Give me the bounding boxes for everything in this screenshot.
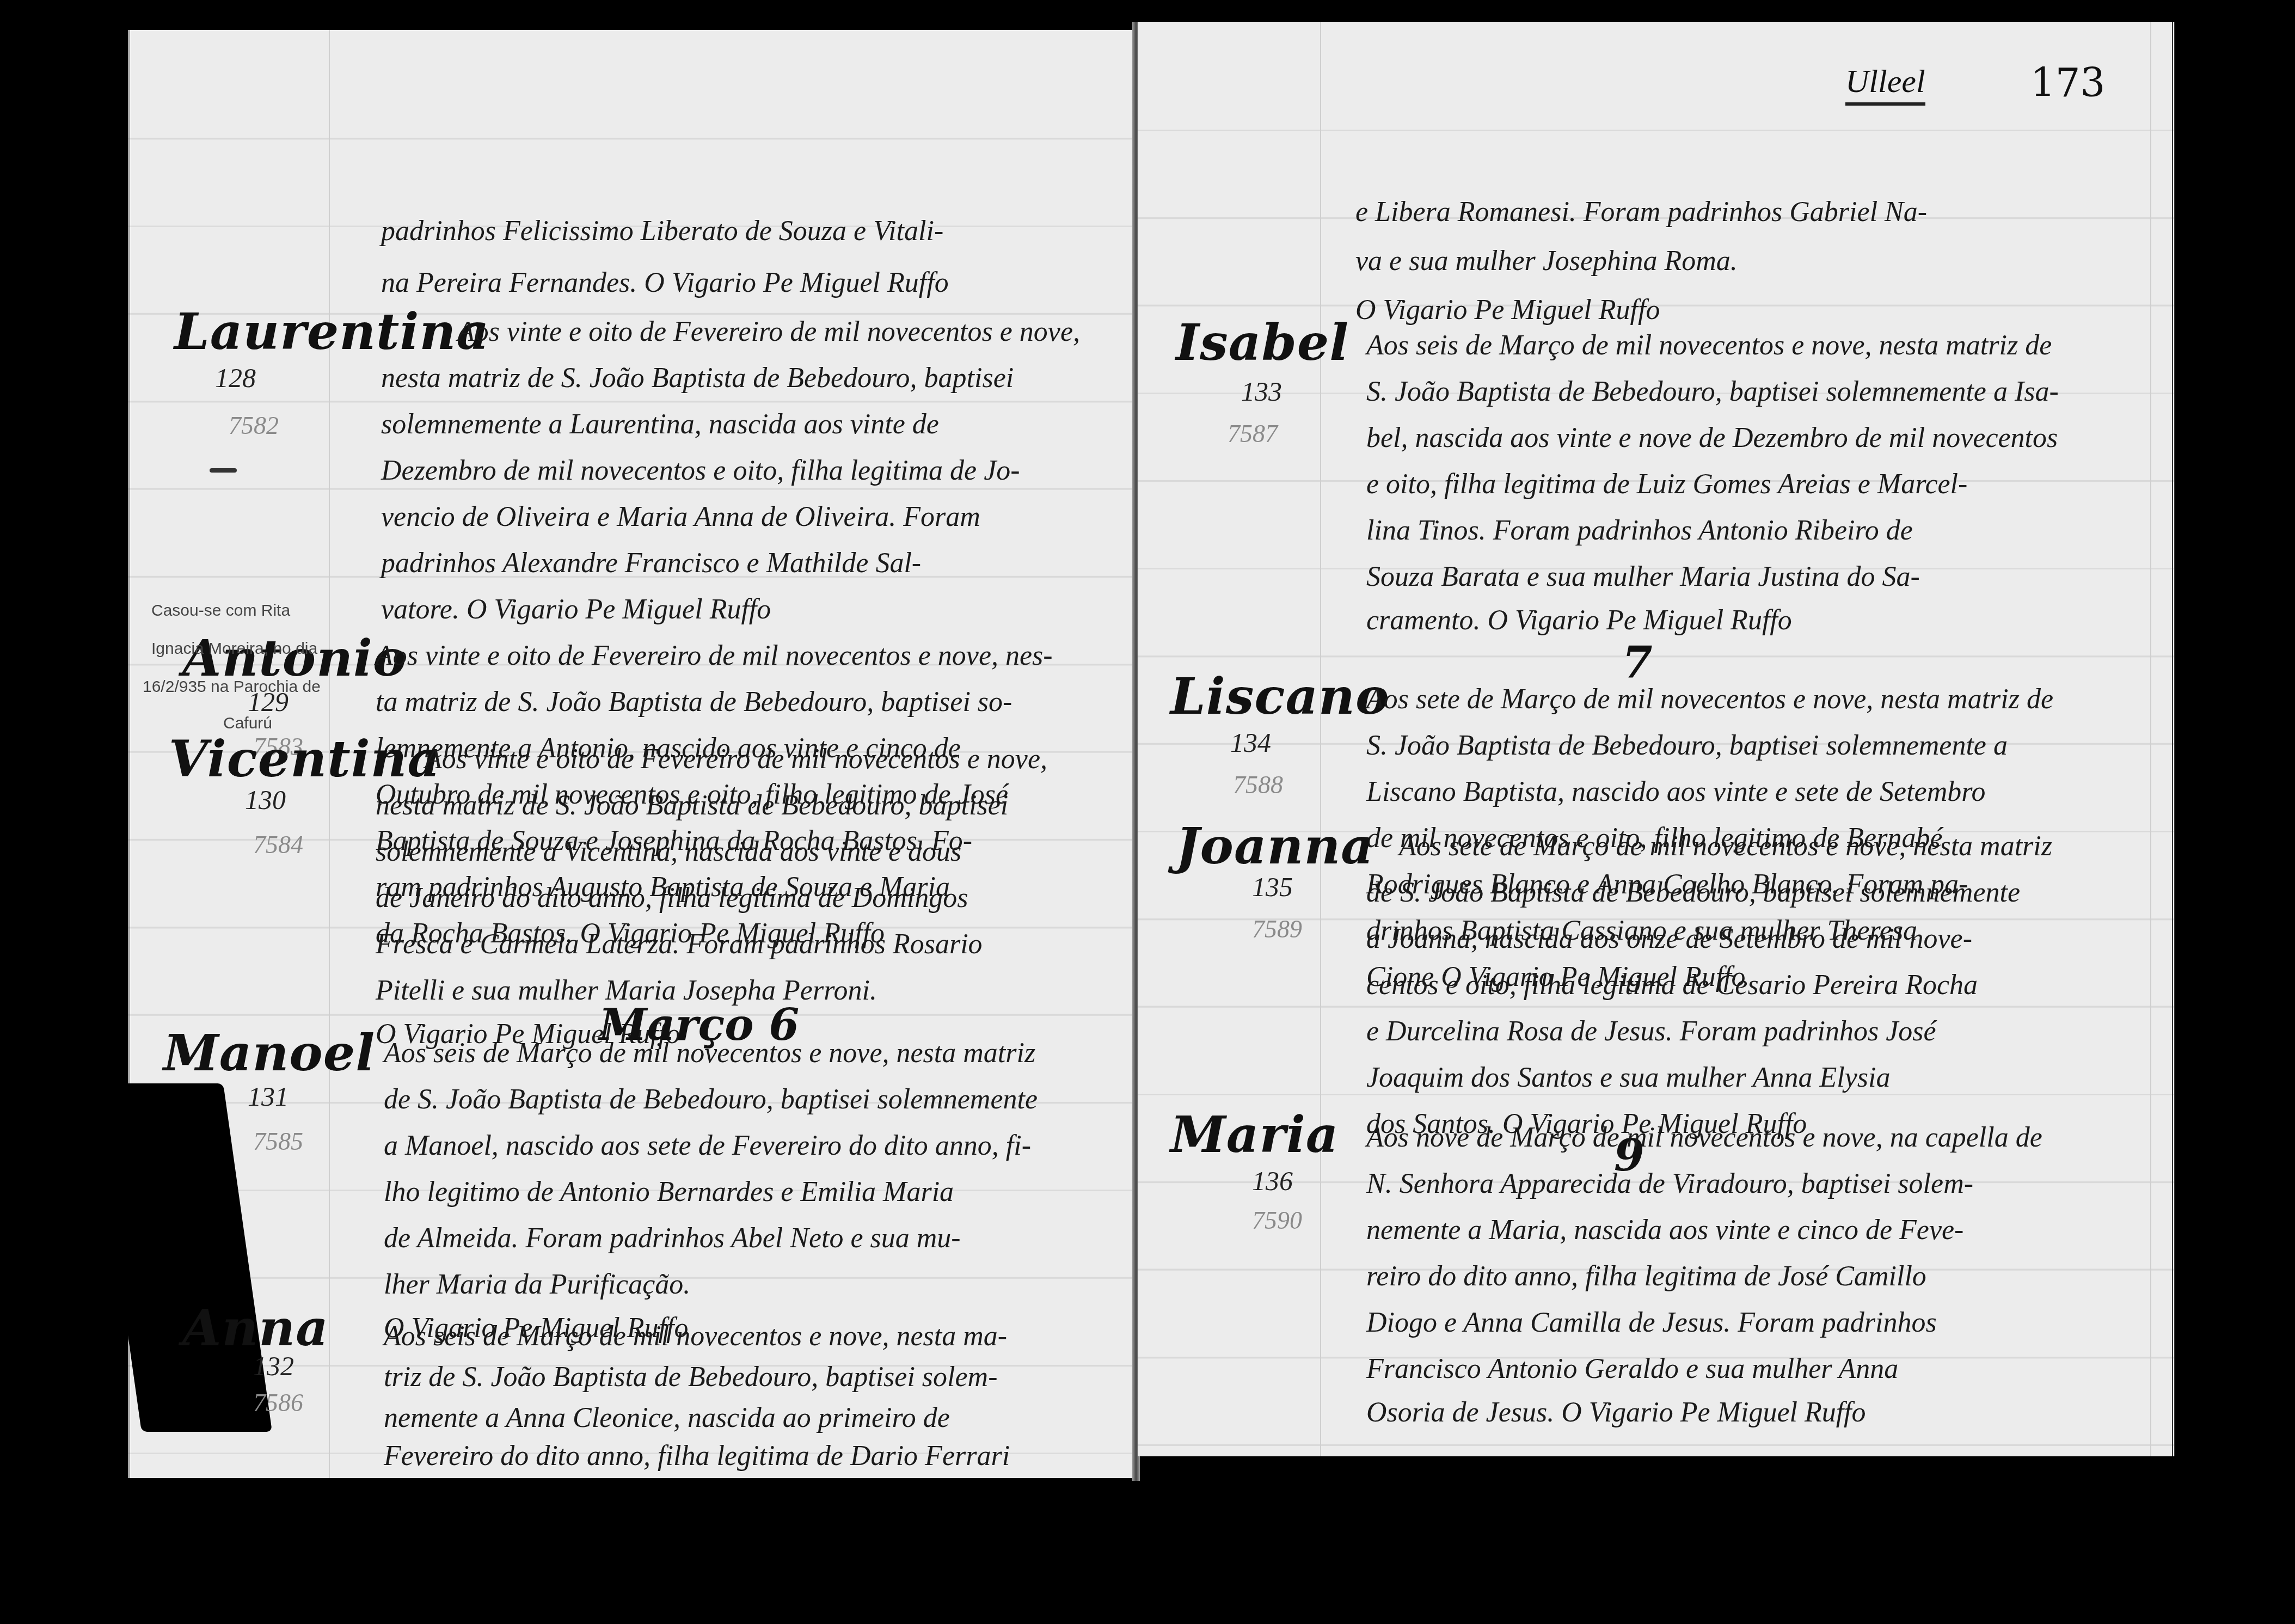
register-number: 7585 [253,1127,303,1156]
text-line: bel, nascida aos vinte e nove de Dezembr… [1366,422,2058,454]
text-line: lher Maria da Purificação. [384,1268,690,1301]
text-line: de Almeida. Foram padrinhos Abel Neto e … [384,1222,961,1254]
text-line: Aos sete de Março de mil novecentos e no… [1399,830,2052,862]
text-line: O Vigario Pe Miguel Ruffo [1355,294,1660,326]
text-line: e Durcelina Rosa de Jesus. Foram padrinh… [1366,1015,1936,1047]
page-number: 173 [2030,60,2105,106]
text-line: nemente a Maria, nascida aos vinte e cin… [1366,1214,1963,1246]
register-number: 7582 [229,411,279,440]
text-line: S. João Baptista de Bebedouro, baptisei … [1366,376,2059,408]
entry-number: 135 [1252,871,1293,903]
text-line: centos e oito, filha legitima de Cesario… [1366,969,1978,1001]
text-line: ta matriz de S. João Baptista de Bebedou… [376,686,1012,718]
text-line: Aos vinte e oito de Fevereiro de mil nov… [376,640,1053,672]
entry-number: 128 [215,362,256,394]
entry-name: Joanna [1176,817,1374,875]
text-line: Joaquim dos Santos e sua mulher Anna Ely… [1366,1062,1890,1094]
page-mark: Ulleel [1845,63,1925,106]
text-line: Aos seis de Março de mil novecentos e no… [384,1037,1035,1069]
text-line: padrinhos Felicissimo Liberato de Souza … [381,215,943,247]
margin-dash [210,468,237,473]
text-line: solemnemente a Laurentina, nascida aos v… [381,408,939,440]
register-number: 7589 [1252,915,1302,943]
entry-name: Isabel [1176,313,1349,372]
text-line: Aos seis de Março de mil novecentos e no… [1366,329,2052,361]
entry-number: 130 [245,784,286,816]
margin-rule [1320,22,1321,1456]
text-line: solemnemente a Vicentina, nascida aos vi… [376,836,961,868]
text-line: Osoria de Jesus. O Vigario Pe Miguel Ruf… [1366,1396,1866,1429]
entry-name: Laurentina [174,302,489,361]
text-line: vencio de Oliveira e Maria Anna de Olive… [381,501,980,533]
text-line: Aos sete de Março de mil novecentos e no… [1366,683,2053,715]
text-line: Fevereiro do dito anno, filha legitima d… [384,1440,1010,1472]
date-heading: 7 [1622,637,1653,688]
text-line: S. João Baptista de Bebedouro, baptisei … [1366,730,2008,762]
entry-name: Manoel [163,1024,375,1082]
entry-number: 132 [253,1350,294,1382]
text-line: Liscano Baptista, nascido aos vinte e se… [1366,776,1986,808]
text-line: va e sua mulher Josephina Roma. [1355,245,1738,277]
entry-name: Maria [1170,1105,1339,1164]
text-line: de Janeiro do dito anno, filha legitima … [376,882,968,914]
register-number: 7587 [1228,419,1278,448]
text-line: Francisco Antonio Geraldo e sua mulher A… [1366,1353,1898,1385]
entry-number: 134 [1230,727,1271,758]
register-number: 7584 [253,830,303,859]
margin-note: 16/2/935 na Parochia de [143,678,321,696]
text-line: lho legitimo de Antonio Bernardes e Emil… [384,1176,954,1208]
text-line: reiro do dito anno, filha legitima de Jo… [1366,1260,1926,1292]
margin-rule [2150,22,2151,1456]
margin-note: Ignacia Moreira, no dia [151,640,317,658]
entry-number: 133 [1241,376,1282,407]
margin-note: Casou-se com Rita [151,602,290,620]
entry-name: Liscano [1170,667,1389,726]
text-line: e Libera Romanesi. Foram padrinhos Gabri… [1355,196,1927,228]
text-line: a Joanna, nascida aos onze de Setembro d… [1366,923,1972,955]
text-line: Aos vinte e oito de Fevereiro de mil nov… [425,743,1047,775]
text-line: Diogo e Anna Camilla de Jesus. Foram pad… [1366,1307,1937,1339]
text-line: triz de S. João Baptista de Bebedouro, b… [384,1361,997,1393]
text-line: nesta matriz de S. João Baptista de Bebe… [376,789,1008,822]
text-line: Souza Barata e sua mulher Maria Justina … [1366,561,1920,593]
register-number: 7588 [1233,770,1283,799]
text-line: nemente a Anna Cleonice, nascida ao prim… [384,1402,950,1434]
register-number: 7586 [253,1388,303,1417]
register-number: 7590 [1252,1206,1302,1235]
text-line: padrinhos Alexandre Francisco e Mathilde… [381,547,921,579]
text-line: na Pereira Fernandes. O Vigario Pe Migue… [381,267,949,299]
text-line: e oito, filha legitima de Luiz Gomes Are… [1366,468,1967,500]
text-line: Fresca e Carmela Laterza. Foram padrinho… [376,928,983,960]
text-line: Aos nove de Março de mil novecentos e no… [1366,1122,2042,1154]
text-line: de S. João Baptista de Bebedouro, baptis… [384,1083,1038,1116]
text-line: vatore. O Vigario Pe Miguel Ruffo [381,593,771,626]
text-line: Aos vinte e oito de Fevereiro de mil nov… [457,316,1080,348]
entry-number: 136 [1252,1165,1293,1197]
text-line: cramento. O Vigario Pe Miguel Ruffo [1366,604,1792,636]
entry-number: 131 [248,1081,289,1112]
entry-name: Vicentina [169,730,440,788]
text-line: Aos seis de Março de mil novecentos e no… [384,1320,1007,1352]
text-line: N. Senhora Apparecida de Viradouro, bapt… [1366,1168,1973,1200]
text-line: lina Tinos. Foram padrinhos Antonio Ribe… [1366,514,1913,547]
text-line: de S. João Baptista de Bebedouro, baptis… [1366,877,2020,909]
text-line: Dezembro de mil novecentos e oito, filha… [381,455,1020,487]
text-line: nesta matriz de S. João Baptista de Bebe… [381,362,1014,394]
entry-name: Anna [182,1298,329,1357]
text-line: a Manoel, nascido aos sete de Fevereiro … [384,1130,1031,1162]
